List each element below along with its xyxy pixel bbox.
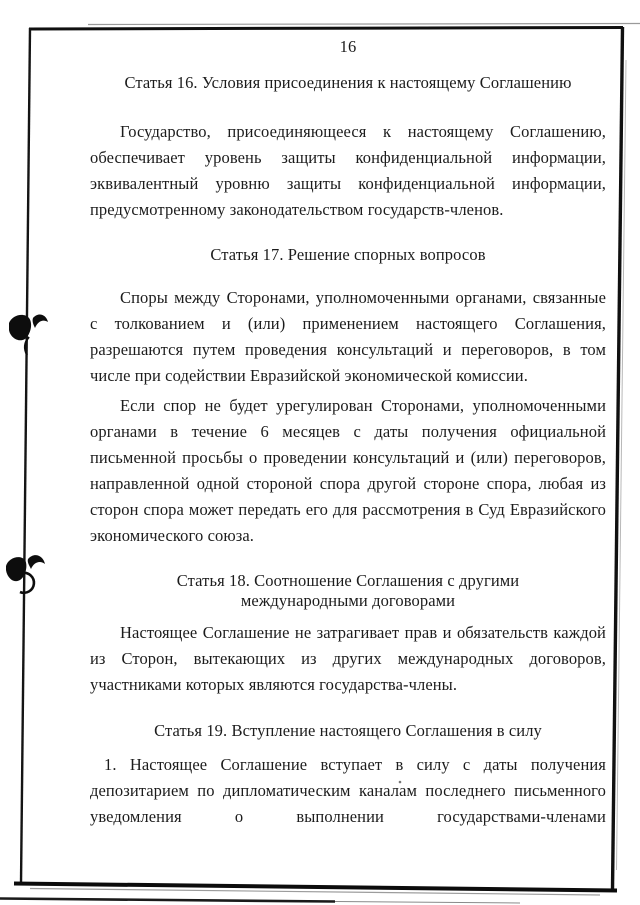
text-line: международными договорами [90, 591, 606, 611]
text-line: органами в течение 6 месяцев с даты полу… [90, 419, 606, 445]
article-17-paragraph-2: Если спор не будет урегулирован Сторонам… [90, 393, 606, 549]
text-line: Статья 19. Вступление настоящего Соглаше… [90, 718, 606, 744]
text-line: обеспечивает уровень защиты конфиденциал… [90, 145, 606, 171]
article-16-paragraph: Государство, присоединяющееся к настояще… [90, 119, 606, 223]
text-line: Государство, присоединяющееся к настояще… [90, 119, 606, 145]
text-line: эквивалентный уровню защиты конфиденциал… [90, 171, 606, 197]
text-line: Статья 16. Условия присоединения к насто… [90, 70, 606, 96]
binder-fastener-top-icon [9, 315, 48, 355]
article-18-paragraph: Настоящее Соглашение не затрагивает прав… [90, 620, 606, 698]
text-line: разрешаются путем проведения консультаци… [90, 337, 606, 363]
text-line: участниками которых являются государства… [90, 672, 606, 698]
text-line: сторон спора может передать его для расс… [90, 497, 606, 523]
text-line: предусмотренному законодательством госуд… [90, 197, 606, 223]
text-line: экономического союза. [90, 523, 606, 549]
text-line: из Сторон, вытекающих из других междунар… [90, 646, 606, 672]
scanned-document-page: 16 Статья 16. Условия присоединения к на… [0, 0, 640, 905]
text-line: письменной просьбы о проведении консульт… [90, 445, 606, 471]
text-line: 1. Настоящее Соглашение вступает в силу … [90, 752, 606, 778]
scan-page-edge-line-fade [335, 902, 520, 904]
article-18-title: Статья 18. Соотношение Соглашения с друг… [90, 571, 606, 611]
article-17-title: Статья 17. Решение спорных вопросов [90, 242, 606, 268]
frame-left-border [21, 28, 30, 884]
text-line: числе при содействии Евразийской экономи… [90, 363, 606, 389]
text-line: депозитарием по дипломатическим каналам … [90, 778, 606, 804]
frame-top-border [29, 28, 623, 30]
text-line: Статья 18. Соотношение Соглашения с друг… [90, 571, 606, 591]
text-line: уведомления о выполнении государствами-ч… [90, 804, 606, 830]
article-19-paragraph: 1. Настоящее Соглашение вступает в силу … [90, 752, 606, 830]
text-line: с толкованием и (или) применением настоя… [90, 311, 606, 337]
text-line: Если спор не будет урегулирован Сторонам… [90, 393, 606, 419]
article-16-title: Статья 16. Условия присоединения к насто… [90, 70, 606, 96]
article-19-title: Статья 19. Вступление настоящего Соглаше… [90, 718, 606, 744]
scan-page-edge-line [0, 899, 335, 902]
text-line: направленной одной стороной спора другой… [90, 471, 606, 497]
text-line: Настоящее Соглашение не затрагивает прав… [90, 620, 606, 646]
article-17-paragraph-1: Споры между Сторонами, уполномоченными о… [90, 285, 606, 389]
scan-edge-artifact [88, 24, 640, 25]
text-line: Споры между Сторонами, уполномоченными о… [90, 285, 606, 311]
text-line: Статья 17. Решение спорных вопросов [90, 242, 606, 268]
page-number: 16 [90, 34, 606, 60]
